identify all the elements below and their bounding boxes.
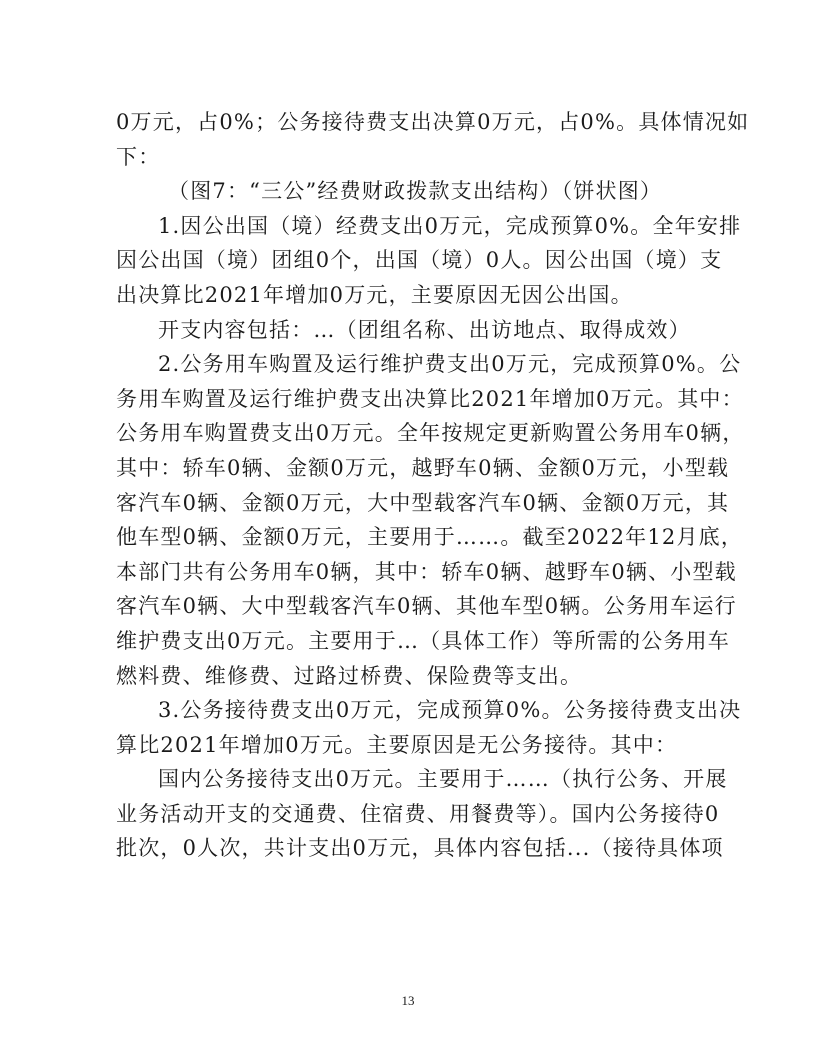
text-line: 本部门共有公务用车0辆，其中：轿车0辆、越野车0辆、小型载 <box>116 555 702 590</box>
document-page: 0万元，占0%；公务接待费支出决算0万元，占0%。具体情况如 下： （图7：“三… <box>0 0 816 1056</box>
page-number: 13 <box>0 993 816 1009</box>
text-line: 客汽车0辆、大中型载客汽车0辆、其他车型0辆。公务用车运行 <box>116 589 702 624</box>
section-1-heading-line: 1.因公出国（境）经费支出0万元，完成预算0%。全年安排 <box>116 209 702 244</box>
text-line: 燃料费、维修费、过路过桥费、保险费等支出。 <box>116 659 702 694</box>
text-line: 其中：轿车0辆、金额0万元，越野车0辆、金额0万元，小型载 <box>116 451 702 486</box>
text-line: 出决算比2021年增加0万元，主要原因无因公出国。 <box>116 278 702 313</box>
body-text: 0万元，占0%；公务接待费支出决算0万元，占0%。具体情况如 下： （图7：“三… <box>116 105 702 866</box>
text-line: 算比2021年增加0万元。主要原因是无公务接待。其中： <box>116 728 702 763</box>
section-2-heading-line: 2.公务用车购置及运行维护费支出0万元，完成预算0%。公 <box>116 347 702 382</box>
text-line: 开支内容包括：…（团组名称、出访地点、取得成效） <box>116 313 702 348</box>
text-line: 国内公务接待支出0万元。主要用于……（执行公务、开展 <box>116 762 702 797</box>
text-line: 维护费支出0万元。主要用于…（具体工作）等所需的公务用车 <box>116 624 702 659</box>
section-3-heading-line: 3.公务接待费支出0万元，完成预算0%。公务接待费支出决 <box>116 693 702 728</box>
text-line: 务用车购置及运行维护费支出决算比2021年增加0万元。其中： <box>116 382 702 417</box>
figure-caption: （图7：“三公”经费财政拨款支出结构）（饼状图） <box>116 174 702 209</box>
text-line: 下： <box>116 140 702 175</box>
text-line: 因公出国（境）团组0个，出国（境）0人。因公出国（境）支 <box>116 243 702 278</box>
text-line: 客汽车0辆、金额0万元，大中型载客汽车0辆、金额0万元，其 <box>116 486 702 521</box>
text-line: 公务用车购置费支出0万元。全年按规定更新购置公务用车0辆， <box>116 416 702 451</box>
text-line: 他车型0辆、金额0万元，主要用于……。截至2022年12月底， <box>116 520 702 555</box>
text-line: 0万元，占0%；公务接待费支出决算0万元，占0%。具体情况如 <box>116 105 702 140</box>
text-line: 批次，0人次，共计支出0万元，具体内容包括...（接待具体项 <box>116 831 702 866</box>
text-line: 业务活动开支的交通费、住宿费、用餐费等）。国内公务接待0 <box>116 797 702 832</box>
